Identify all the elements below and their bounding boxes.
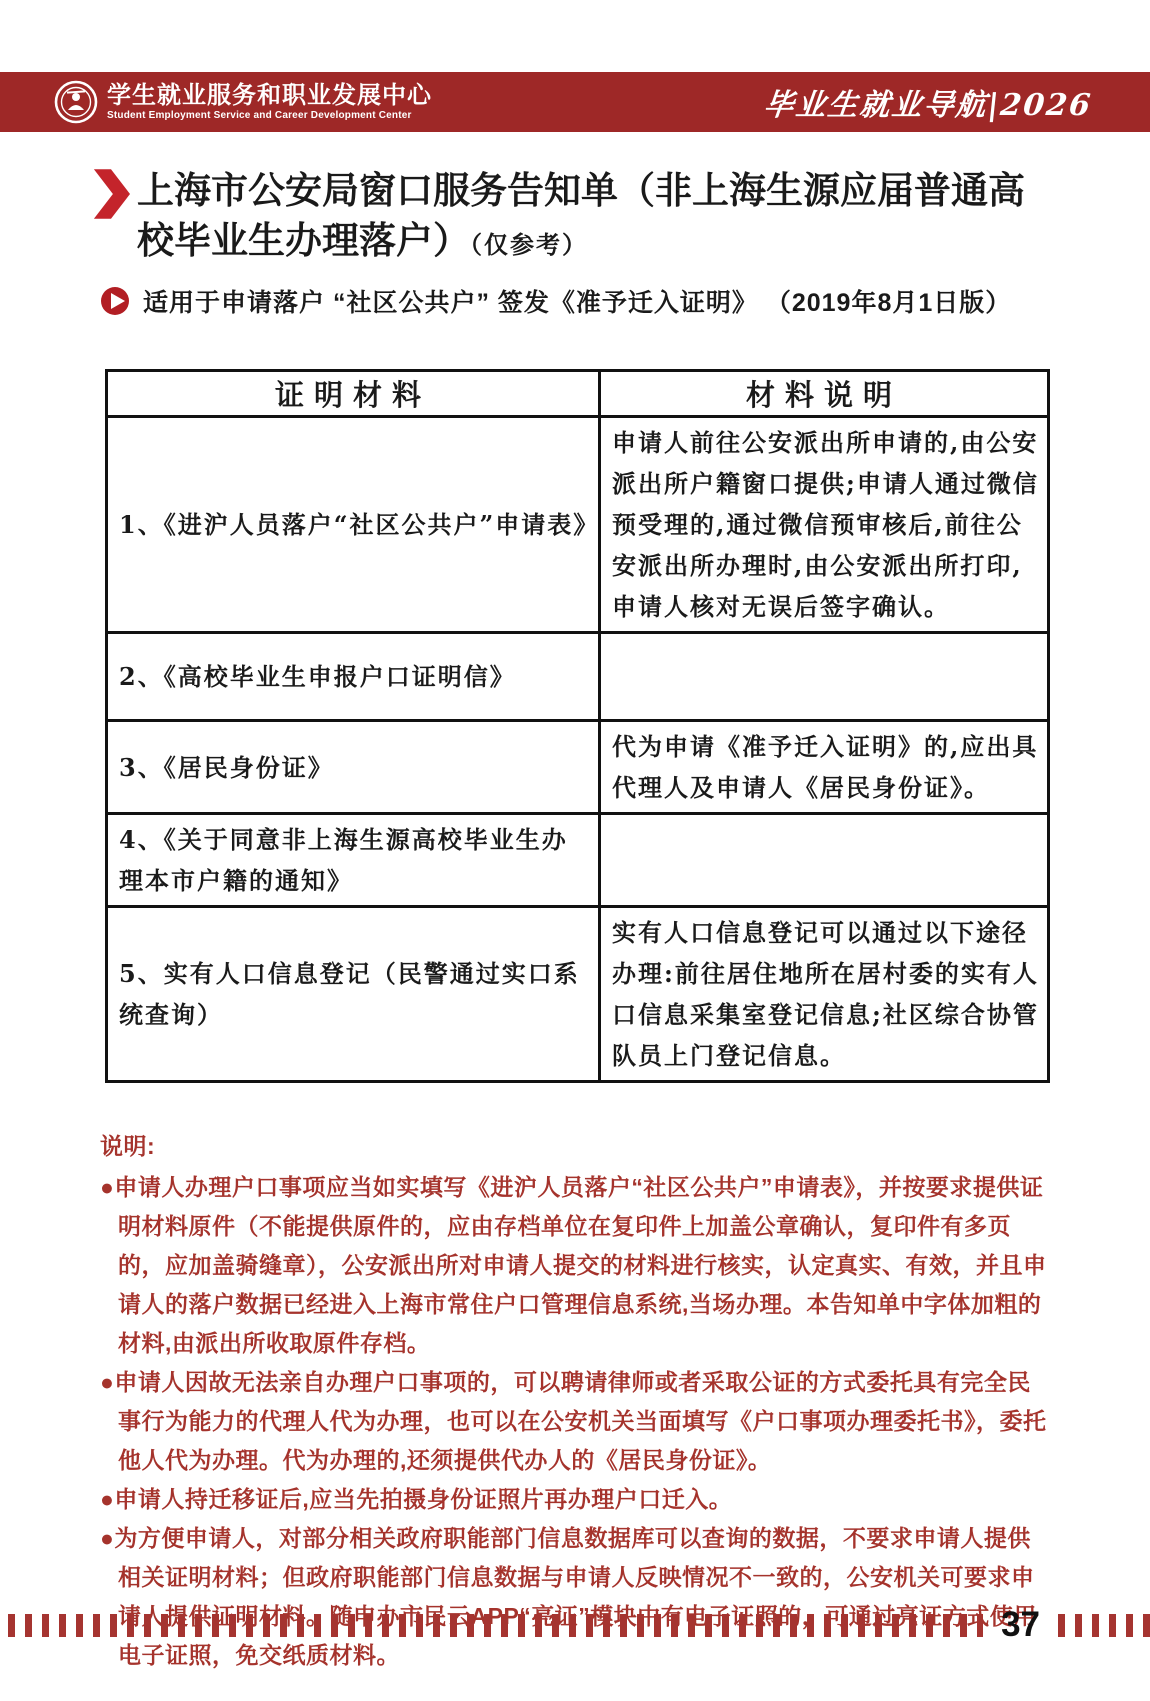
materials-table: 证明材料 材料说明 1、《进沪人员落户“社区公共户”申请表》 申请人前往公安派出… (105, 369, 1050, 1083)
note-item: ●申请人因故无法亲自办理户口事项的，可以聘请律师或者采取公证的方式委托具有完全民… (100, 1363, 1052, 1480)
notes-section: 说明: ●申请人办理户口事项应当如实填写《进沪人员落户“社区公共户”申请表》，并… (100, 1127, 1052, 1675)
column-header-materials: 证明材料 (107, 371, 600, 417)
chevron-icon (92, 168, 130, 220)
material-cell: 3、《居民身份证》 (107, 721, 600, 814)
table-row: 1、《进沪人员落户“社区公共户”申请表》 申请人前往公安派出所申请的,由公安派出… (107, 417, 1049, 633)
notes-heading: 说明: (100, 1127, 1052, 1166)
document-page: 学生就业服务和职业发展中心 Student Employment Service… (0, 72, 1150, 1675)
description-cell: 代为申请《准予迁入证明》的,应出具代理人及申请人《居民身份证》。 (600, 721, 1049, 814)
logo-seal-icon (54, 80, 98, 124)
note-item: ●申请人持迁移证后,应当先拍摄身份证照片再办理户口迁入。 (100, 1480, 1052, 1519)
note-item: ●申请人办理户口事项应当如实填写《进沪人员落户“社区公共户”申请表》，并按要求提… (100, 1168, 1052, 1363)
material-cell: 2、《高校毕业生申报户口证明信》 (107, 633, 600, 721)
table-row: 4、《关于同意非上海生源高校毕业生办理本市户籍的通知》 (107, 814, 1049, 907)
play-circle-icon (100, 286, 130, 316)
table-row: 2、《高校毕业生申报户口证明信》 (107, 633, 1049, 721)
banner-title: 毕业生就业导航|2026 (761, 80, 1094, 124)
material-cell: 1、《进沪人员落户“社区公共户”申请表》 (107, 417, 600, 633)
subtitle: 适用于申请落户 “社区公共户” 签发《准予迁入证明》 （2019年8月1日版） (143, 283, 1011, 319)
org-name-en: Student Employment Service and Career De… (107, 109, 432, 122)
column-header-description: 材料说明 (600, 371, 1049, 417)
description-cell: 申请人前往公安派出所申请的,由公安派出所户籍窗口提供;申请人通过微信预受理的,通… (600, 417, 1049, 633)
footer-dash-bar-right (1058, 1614, 1150, 1637)
title-row: 上海市公安局窗口服务告知单（非上海生源应届普通高校毕业生办理落户）（仅参考） (92, 166, 1052, 271)
org-name-zh: 学生就业服务和职业发展中心 (107, 83, 432, 109)
note-item: ●为方便申请人，对部分相关政府职能部门信息数据库可以查询的数据，不要求申请人提供… (100, 1519, 1052, 1675)
table-header-row: 证明材料 材料说明 (107, 371, 1049, 417)
brand: 学生就业服务和职业发展中心 Student Employment Service… (54, 80, 432, 124)
subtitle-row: 适用于申请落户 “社区公共户” 签发《准予迁入证明》 （2019年8月1日版） (100, 283, 1052, 319)
page-title-note: （仅参考） (470, 232, 588, 259)
brand-text: 学生就业服务和职业发展中心 Student Employment Service… (107, 83, 432, 122)
material-cell: 5、实有人口信息登记（民警通过实口系统查询） (107, 907, 600, 1082)
page-title: 上海市公安局窗口服务告知单（非上海生源应届普通高校毕业生办理落户）（仅参考） (137, 166, 1052, 271)
table-row: 5、实有人口信息登记（民警通过实口系统查询） 实有人口信息登记可以通过以下途径办… (107, 907, 1049, 1082)
main-content: 上海市公安局窗口服务告知单（非上海生源应届普通高校毕业生办理落户）（仅参考） 适… (92, 166, 1052, 1675)
description-cell: 实有人口信息登记可以通过以下途径办理:前往居住地所在居村委的实有人口信息采集室登… (600, 907, 1049, 1082)
material-cell: 4、《关于同意非上海生源高校毕业生办理本市户籍的通知》 (107, 814, 600, 907)
header-band: 学生就业服务和职业发展中心 Student Employment Service… (0, 72, 1150, 132)
description-cell (600, 633, 1049, 721)
table-row: 3、《居民身份证》 代为申请《准予迁入证明》的,应出具代理人及申请人《居民身份证… (107, 721, 1049, 814)
page-footer: 37 (8, 1611, 1150, 1639)
footer-dash-bar-left (8, 1614, 983, 1637)
description-cell (600, 814, 1049, 907)
page-number: 37 (1001, 1611, 1040, 1639)
